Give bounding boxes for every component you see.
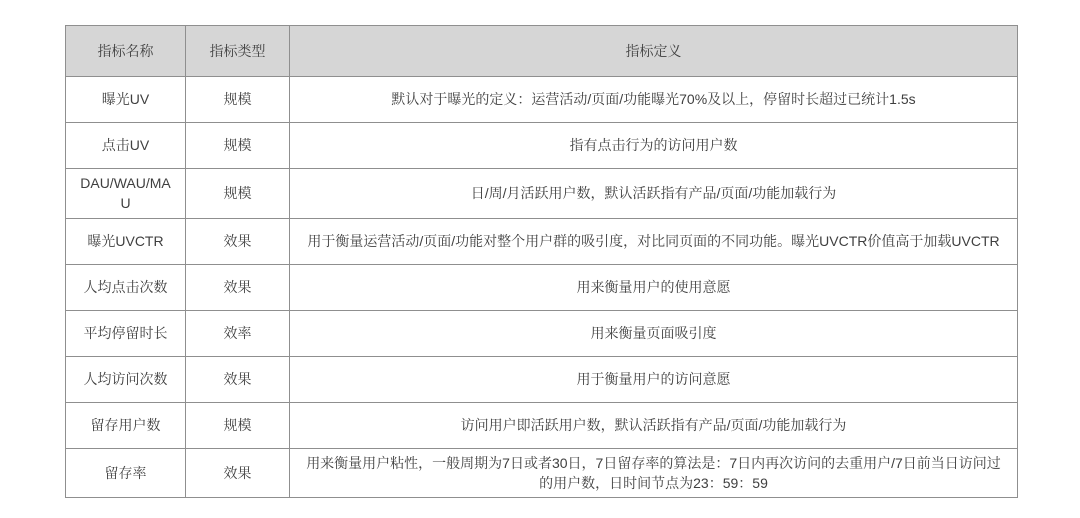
metric-definition-cell: 指有点击行为的访问用户数 [290, 123, 1018, 169]
table-row: 点击UV规模指有点击行为的访问用户数 [66, 123, 1018, 169]
metric-definition-cell: 日/周/月活跃用户数，默认活跃指有产品/页面/功能加载行为 [290, 169, 1018, 219]
metrics-table: 指标名称 指标类型 指标定义 曝光UV规模默认对于曝光的定义：运营活动/页面/功… [65, 25, 1018, 498]
metric-name-cell: 平均停留时长 [66, 310, 186, 356]
metric-name-cell: 点击UV [66, 123, 186, 169]
table-row: 留存率效果用来衡量用户粘性，一般周期为7日或者30日，7日留存率的算法是：7日内… [66, 448, 1018, 498]
metrics-definition-page: 指标名称 指标类型 指标定义 曝光UV规模默认对于曝光的定义：运营活动/页面/功… [0, 0, 1080, 518]
table-row: DAU/WAU/MAU规模日/周/月活跃用户数，默认活跃指有产品/页面/功能加载… [66, 169, 1018, 219]
metric-name-cell: 曝光UVCTR [66, 218, 186, 264]
metric-definition-cell: 用来衡量用户粘性，一般周期为7日或者30日，7日留存率的算法是：7日内再次访问的… [290, 448, 1018, 498]
metric-definition-cell: 访问用户即活跃用户数，默认活跃指有产品/页面/功能加载行为 [290, 402, 1018, 448]
metric-type-cell: 效果 [186, 448, 290, 498]
metric-type-cell: 效果 [186, 264, 290, 310]
metric-definition-cell: 用于衡量运营活动/页面/功能对整个用户群的吸引度，对比同页面的不同功能。曝光UV… [290, 218, 1018, 264]
metrics-table-body: 曝光UV规模默认对于曝光的定义：运营活动/页面/功能曝光70%及以上，停留时长超… [66, 77, 1018, 498]
metric-type-cell: 规模 [186, 402, 290, 448]
metric-name-cell: 人均访问次数 [66, 356, 186, 402]
metric-type-cell: 规模 [186, 123, 290, 169]
metric-name-cell: 人均点击次数 [66, 264, 186, 310]
metric-name-cell: 曝光UV [66, 77, 186, 123]
metric-name-cell: 留存率 [66, 448, 186, 498]
metric-definition-cell: 用来衡量页面吸引度 [290, 310, 1018, 356]
metric-definition-cell: 默认对于曝光的定义：运营活动/页面/功能曝光70%及以上，停留时长超过已统计1.… [290, 77, 1018, 123]
header-metric-name: 指标名称 [66, 26, 186, 77]
table-row: 曝光UVCTR效果用于衡量运营活动/页面/功能对整个用户群的吸引度，对比同页面的… [66, 218, 1018, 264]
table-row: 留存用户数规模访问用户即活跃用户数，默认活跃指有产品/页面/功能加载行为 [66, 402, 1018, 448]
metric-name-cell: 留存用户数 [66, 402, 186, 448]
table-row: 人均点击次数效果用来衡量用户的使用意愿 [66, 264, 1018, 310]
metric-type-cell: 效果 [186, 218, 290, 264]
header-metric-type: 指标类型 [186, 26, 290, 77]
metric-type-cell: 规模 [186, 77, 290, 123]
header-row: 指标名称 指标类型 指标定义 [66, 26, 1018, 77]
metric-type-cell: 规模 [186, 169, 290, 219]
table-row: 平均停留时长效率用来衡量页面吸引度 [66, 310, 1018, 356]
metric-definition-cell: 用来衡量用户的使用意愿 [290, 264, 1018, 310]
table-row: 人均访问次数效果用于衡量用户的访问意愿 [66, 356, 1018, 402]
table-row: 曝光UV规模默认对于曝光的定义：运营活动/页面/功能曝光70%及以上，停留时长超… [66, 77, 1018, 123]
header-metric-definition: 指标定义 [290, 26, 1018, 77]
metric-name-cell: DAU/WAU/MAU [66, 169, 186, 219]
metric-type-cell: 效果 [186, 356, 290, 402]
metric-definition-cell: 用于衡量用户的访问意愿 [290, 356, 1018, 402]
metric-type-cell: 效率 [186, 310, 290, 356]
